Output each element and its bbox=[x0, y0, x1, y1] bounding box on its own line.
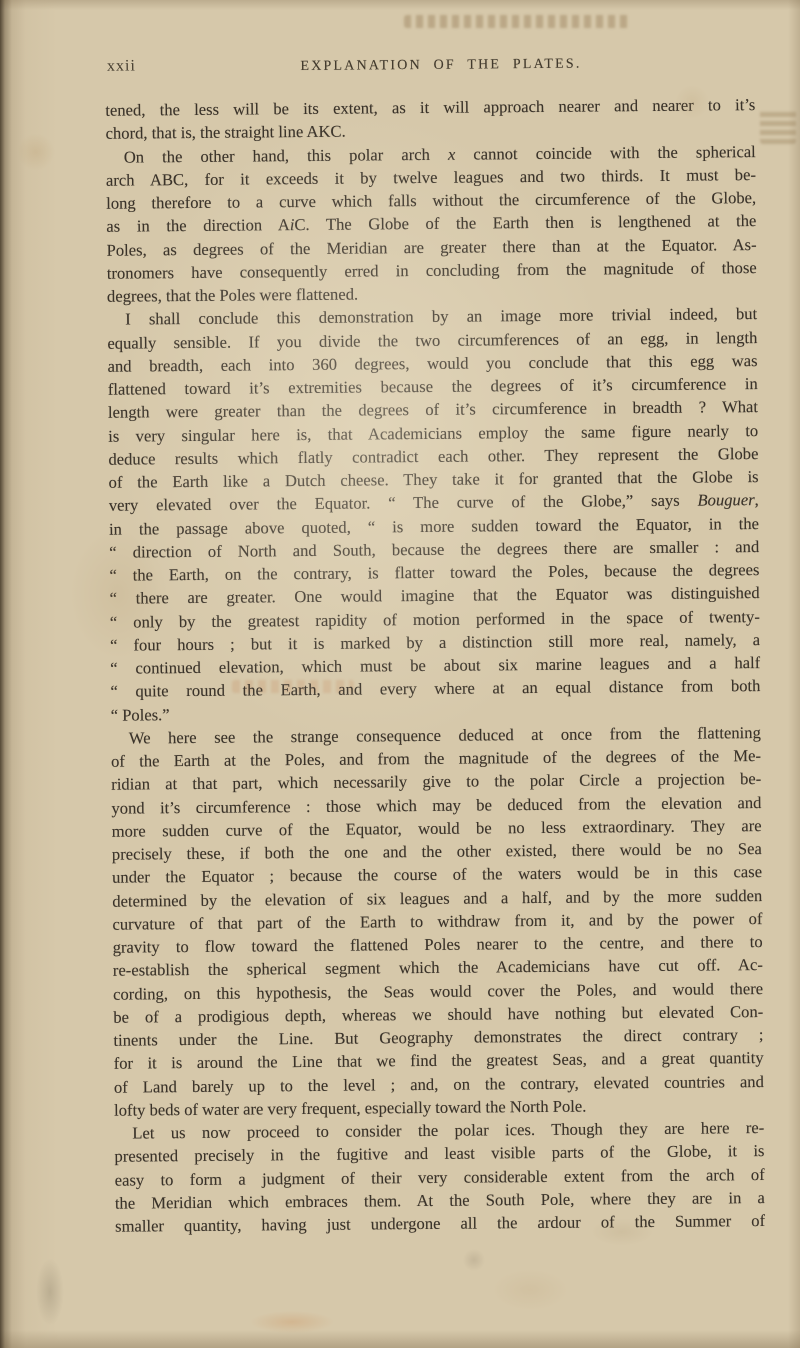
book-page-scan: xxii EXPLANATION OF THE PLATES. tened, t… bbox=[0, 0, 800, 1348]
page-header: EXPLANATION OF THE PLATES. bbox=[105, 53, 755, 77]
text-line: smaller quantity, having just undergone … bbox=[115, 1209, 765, 1238]
paragraph: tened, the less will be its extent, as i… bbox=[105, 93, 755, 145]
paragraph: I shall conclude this demonstration by a… bbox=[107, 302, 761, 726]
paragraph: Let us now proceed to consider the polar… bbox=[114, 1116, 765, 1238]
page-content: xxii EXPLANATION OF THE PLATES. tened, t… bbox=[0, 0, 800, 1348]
paragraph: On the other hand, this polar arch x can… bbox=[106, 140, 757, 308]
text-block: tened, the less will be its extent, as i… bbox=[105, 93, 765, 1238]
running-title: EXPLANATION OF THE PLATES. bbox=[300, 57, 581, 74]
paragraph: We here see the strange consequence dedu… bbox=[111, 721, 764, 1122]
